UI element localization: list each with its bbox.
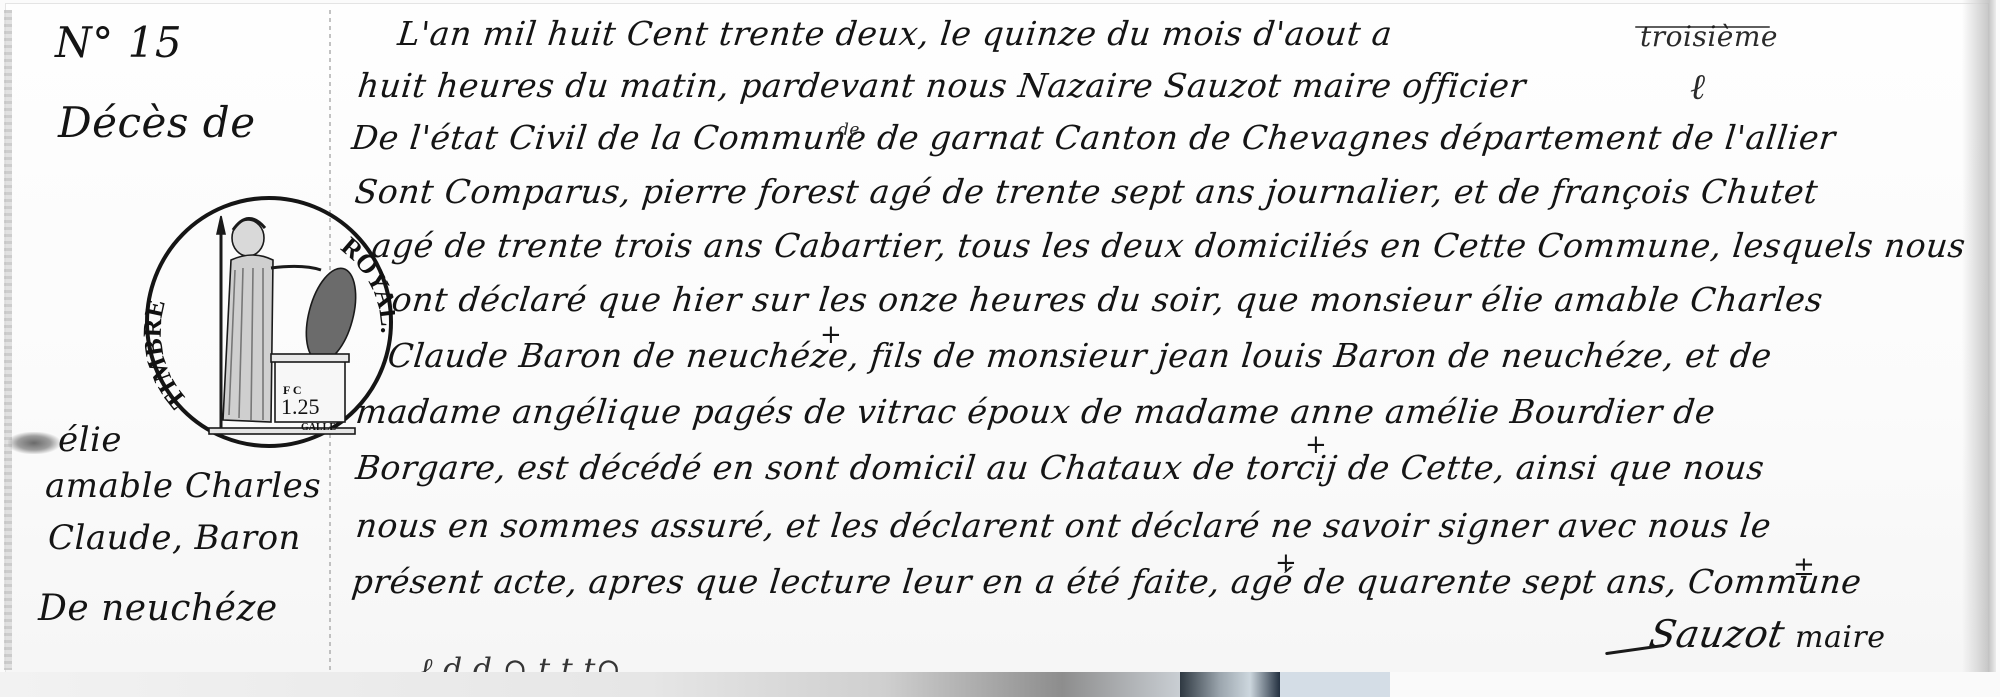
svg-text:TIMBRE: TIMBRE (143, 297, 192, 415)
body-line-10: nous en sommes assuré, et les déclarent … (354, 506, 1773, 545)
margin-name-line-1: élie (58, 420, 122, 460)
body-line-5: agé de trente trois ans Cabartier, tous … (370, 226, 1968, 265)
margin-heading: Décès de (58, 98, 256, 147)
body-line-9: Borgare, est décédé en sont domicil au C… (354, 448, 1766, 487)
svg-text:GALLE: GALLE (301, 422, 336, 433)
paraph-mark: ℓ (1690, 66, 1706, 108)
margin-name-line-2: amable Charles (45, 466, 321, 506)
body-line-6: ont déclaré que hier sur les onze heures… (390, 280, 1825, 319)
document-page: N° 15 Décès de élie amable Charles Claud… (0, 0, 2000, 697)
body-line-8: madame angélique pagés de vitrac époux d… (354, 392, 1717, 431)
insertion-mark-4: ± (1793, 552, 1815, 582)
signature-title: maire (1795, 620, 1886, 655)
insertion-mark-1: + (820, 320, 842, 350)
body-line-1: L'an mil huit Cent trente deux, le quinz… (396, 14, 1394, 53)
annotation-underline (1635, 26, 1770, 28)
record-number: N° 15 (55, 18, 182, 67)
body-line-11: présent acte, apres que lecture leur en … (350, 562, 1864, 601)
paper-left-edge (4, 10, 12, 670)
paper-right-edge (1962, 0, 1996, 672)
svg-text:1.25: 1.25 (281, 394, 320, 419)
body-line-3: De l'état Civil de la Commune de garnat … (350, 118, 1838, 157)
body-line-7: Claude Baron de neuchéze, fils de monsie… (386, 336, 1774, 375)
body-line-3-text: De l'état Civil de la Commune de garnat … (350, 118, 1838, 157)
margin-name-line-4: De neuchéze (38, 588, 278, 629)
annotation-troisieme: troisième (1640, 20, 1778, 53)
ink-smudge (8, 432, 60, 454)
insertion-mark-2: + (1305, 430, 1327, 460)
margin-name-line-3: Claude, Baron (48, 518, 301, 558)
signature-name: Sauzot (1646, 612, 1788, 656)
insertion-mark-3: + (1275, 548, 1297, 578)
body-line-2: huit heures du matin, pardevant nous Naz… (356, 66, 1528, 105)
scan-background-strip (0, 672, 2000, 697)
superscript-de: de (838, 120, 860, 140)
body-line-4: Sont Comparus, pierre forest agé de tren… (353, 172, 1820, 211)
